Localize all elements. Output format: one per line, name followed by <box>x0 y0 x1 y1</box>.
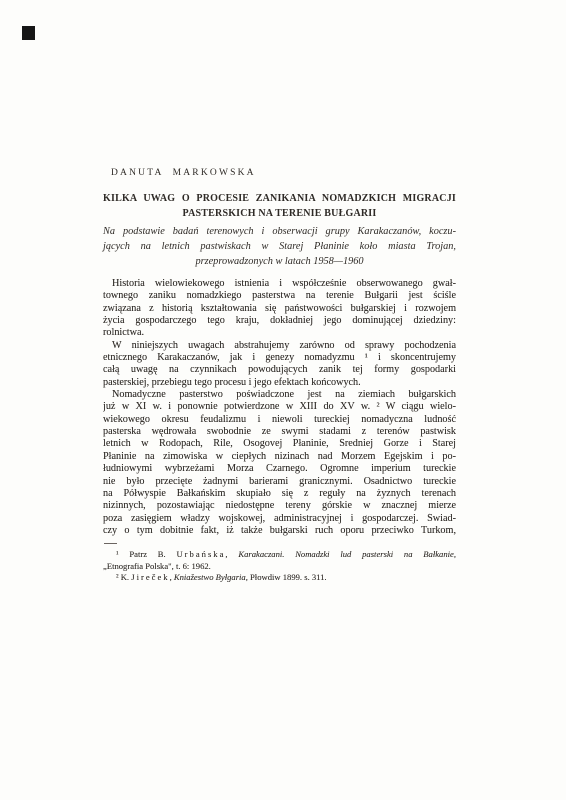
text-line: ² K. Jireček, Kniažestwo Byłgaria, Płowd… <box>103 572 456 584</box>
text-line: pasterskiej, przebiegu tego procesu i je… <box>103 377 456 389</box>
text-line: letnich w Rodopach, Rile, Osogovej Płani… <box>103 438 456 450</box>
text-line: Historia wielowiekowego istnienia i wspó… <box>103 278 456 290</box>
text-line: Nomadyczne pasterstwo poświadczone jest … <box>103 389 456 401</box>
text-line: KILKA UWAG O PROCESIE ZANIKANIA NOMADZKI… <box>103 191 456 206</box>
text-line: na Półwyspie Bałkańskim skupiało się z r… <box>103 488 456 500</box>
text-line: przeprowadzonych w latach 1958—1960 <box>103 254 456 269</box>
footnote-separator-rule <box>104 543 117 544</box>
text-line: „Etnografia Polska", t. 6: 1962. <box>103 561 456 573</box>
article-subtitle: Na podstawie badań terenowych i obserwac… <box>103 224 456 270</box>
footnote-text-segment: Kniažestwo Byłgaria <box>174 572 246 582</box>
text-line: nizinnych, pozostawiając niedostępne ter… <box>103 500 456 512</box>
text-line: życia gospodarczego tego kraju, dokładni… <box>103 315 456 327</box>
footnote-text-segment: , <box>225 549 238 559</box>
text-line: W niniejszych uwagach abstrahujemy zarów… <box>103 340 456 352</box>
text-line: etnicznego Karakaczanów, jak i genezy no… <box>103 352 456 364</box>
text-line: związana z historią kształtowania się pa… <box>103 303 456 315</box>
scan-artifact-mark <box>22 26 35 40</box>
footnotes: ¹ Patrz B. Urbańska, Karakaczani. Nomadz… <box>103 549 456 584</box>
text-line: PASTERSKICH NA TERENIE BUŁGARII <box>103 206 456 221</box>
text-line: czy o tym dobitnie fakt, iż także bułgar… <box>103 525 456 537</box>
text-line: Na podstawie badań terenowych i obserwac… <box>103 224 456 239</box>
author-name: DANUTA MARKOWSKA <box>111 168 464 178</box>
text-line: jących na letnich pastwiskach w Starej P… <box>103 239 456 254</box>
text-line: ¹ Patrz B. Urbańska, Karakaczani. Nomadz… <box>103 549 456 561</box>
text-line: już w XI w. i ponownie potwierdzone w XI… <box>103 401 456 413</box>
footnote-text-segment: ² K. <box>116 572 131 582</box>
text-line: całą uwagę na czynnikach powodujących za… <box>103 364 456 376</box>
text-line: łudniowymi wybrzeżami Morza Czarnego. Og… <box>103 463 456 475</box>
text-line: poza zasięgiem władzy wojskowej, adminis… <box>103 513 456 525</box>
footnote-text-segment: Urbańska <box>176 549 225 559</box>
footnote-text-segment: , Płowdiw 1899. s. 311. <box>246 572 327 582</box>
text-line: wiekowego okresu feudalizmu i niewoli tu… <box>103 414 456 426</box>
text-line: Płaninie na zimowiska w ciepłych nizinac… <box>103 451 456 463</box>
text-line: nie było przecięte żadnymi barierami gra… <box>103 476 456 488</box>
text-line: rolnictwa. <box>103 327 456 339</box>
footnote-text-segment: Karakaczani. Nomadzki lud pasterski na B… <box>238 549 456 559</box>
text-line: townego zaniku nomadzkiego pasterstwa na… <box>103 290 456 302</box>
footnote-text-segment: Jireček <box>131 572 169 582</box>
text-line: pasterska wędrowała swobodnie ze swymi s… <box>103 426 456 438</box>
footnote-text-segment: ¹ Patrz B. <box>116 549 176 559</box>
scanned-document-page: DANUTA MARKOWSKA KILKA UWAG O PROCESIE Z… <box>0 0 566 800</box>
article-body: Historia wielowiekowego istnienia i wspó… <box>103 278 456 537</box>
article-title: KILKA UWAG O PROCESIE ZANIKANIA NOMADZKI… <box>103 191 456 221</box>
footnote-text-segment: „Etnografia Polska", t. 6: 1962. <box>103 561 211 571</box>
